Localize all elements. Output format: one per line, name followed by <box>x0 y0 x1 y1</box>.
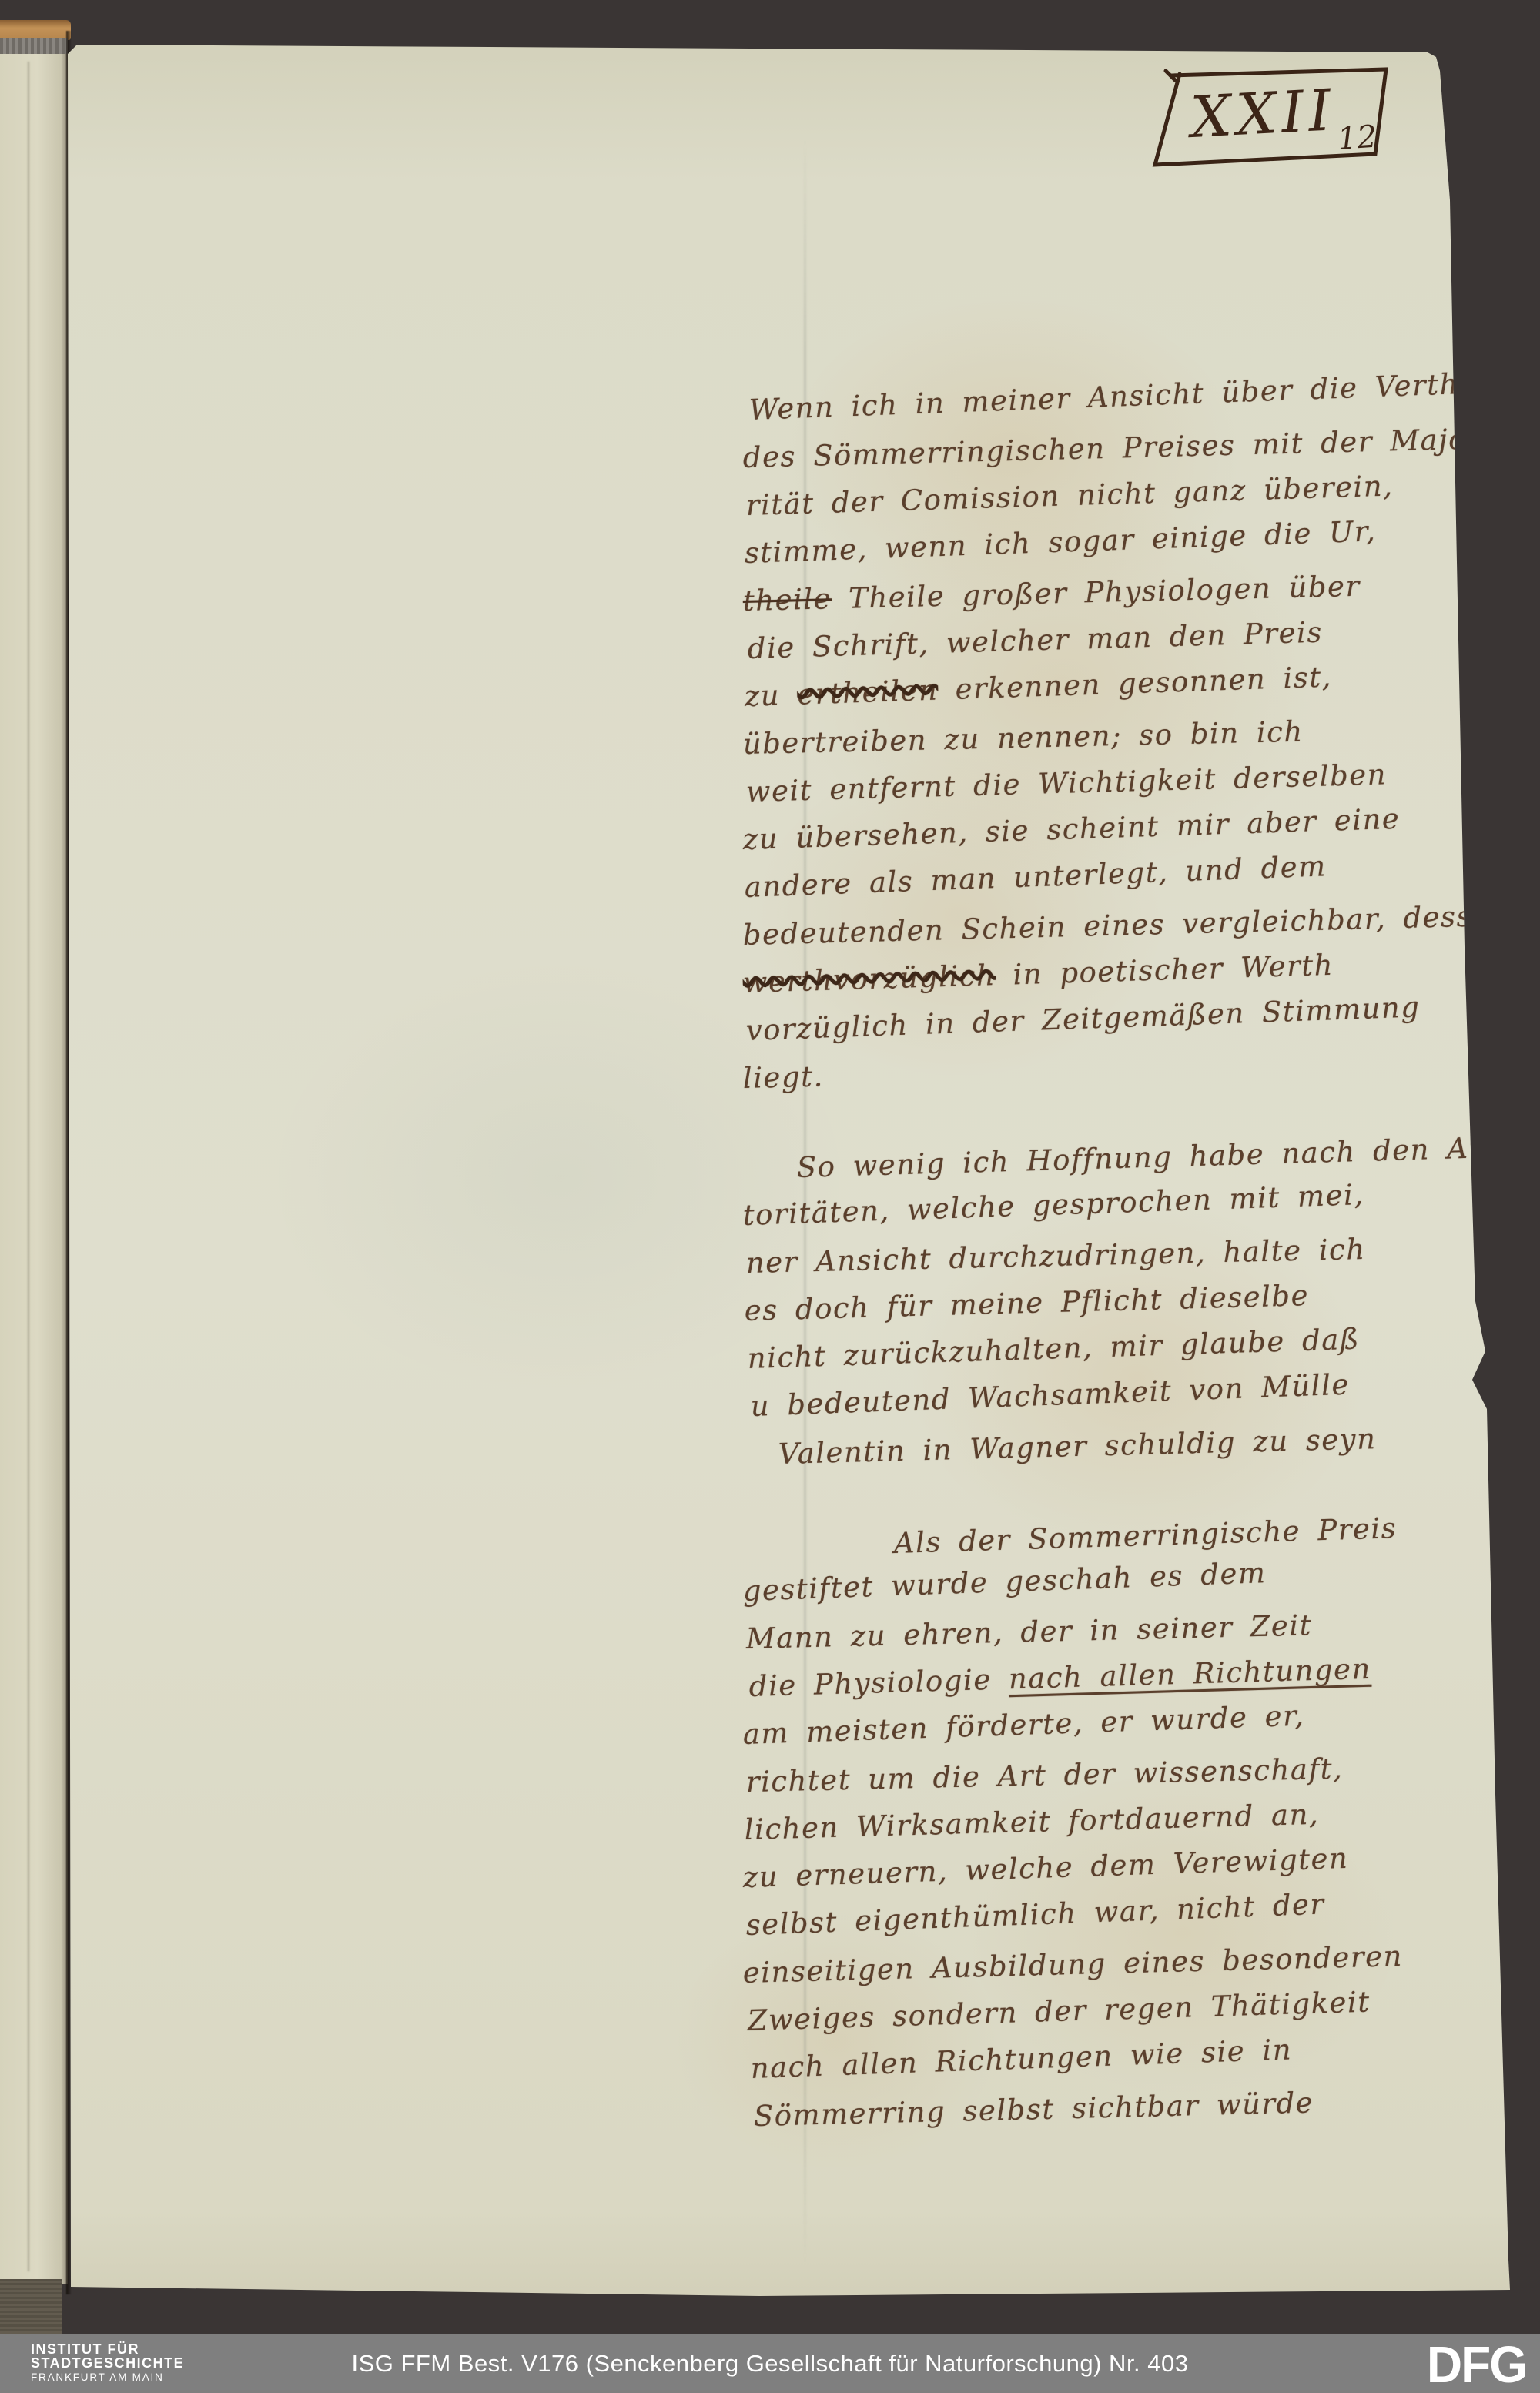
archival-scan: { "page_label": { "roman": "XXII", "numb… <box>0 0 1540 2393</box>
handwritten-segment: in poetischer Werth <box>996 949 1334 992</box>
handwritten-segment: zu <box>744 678 798 713</box>
dfg-logo: DFG <box>1427 2334 1526 2393</box>
handwritten-segment: Sömmerring selbst sichtbar würde <box>753 2086 1314 2133</box>
hand-drawn-label-frame: XXII 12 <box>1147 63 1418 188</box>
book-cloth-patch <box>0 2279 62 2336</box>
book-spine-leather-tab <box>0 20 71 40</box>
handwritten-segment: richtet um die Art der wissenschaft, <box>745 1752 1343 1799</box>
handwritten-segment: übertreiben zu nennen; so bin ich <box>742 715 1304 761</box>
crossed-out-word: werthvorzüglich <box>742 959 996 999</box>
handwritten-segment: erkennen gesonnen ist, <box>938 660 1333 706</box>
handwritten-segment: Theile großer Physiologen über <box>831 570 1361 616</box>
manuscript-paragraph: Als der Sommerringische Preisgestiftet w… <box>743 1520 1482 2140</box>
previous-page-edge <box>0 54 68 2284</box>
archive-footer-bar: INSTITUT FÜR STADTGESCHICHTE FRANKFURT A… <box>0 2334 1540 2393</box>
page-label-roman: XXII <box>1185 77 1337 151</box>
handwritten-segment: die Physiologie <box>748 1662 1009 1703</box>
archival-reference: ISG FFM Best. V176 (Senckenberg Gesellsc… <box>0 2334 1540 2393</box>
page-label-box: XXII 12 <box>1147 63 1418 188</box>
crossed-out-word: ertheilen <box>797 674 939 711</box>
page-label-number: 12 <box>1336 119 1378 157</box>
handwritten-segment: Mann zu ehren, der in seiner Zeit <box>745 1608 1312 1655</box>
handwritten-segment: liegt. <box>742 1059 824 1095</box>
manuscript-page: XXII 12 Wenn ich in meiner Ansicht über … <box>66 23 1517 2302</box>
underlined-phrase: nach allen Richtungen <box>1008 1652 1371 1696</box>
handwritten-text-block: Wenn ich in meiner Ansicht über die Vert… <box>743 387 1482 2182</box>
handwritten-segment: Valentin in Wagner schuldig zu seyn <box>778 1422 1377 1471</box>
manuscript-paragraph: Wenn ich in meiner Ansicht über die Vert… <box>743 387 1482 1103</box>
crossed-out-word: theile <box>742 582 832 617</box>
handwritten-segment: gestiftet wurde geschah es dem <box>742 1556 1267 1608</box>
previous-page-crease <box>28 62 29 2271</box>
book-headband <box>0 38 68 55</box>
manuscript-paragraph: So wenig ich Hoffnung habe nach den Au,t… <box>743 1144 1482 1478</box>
